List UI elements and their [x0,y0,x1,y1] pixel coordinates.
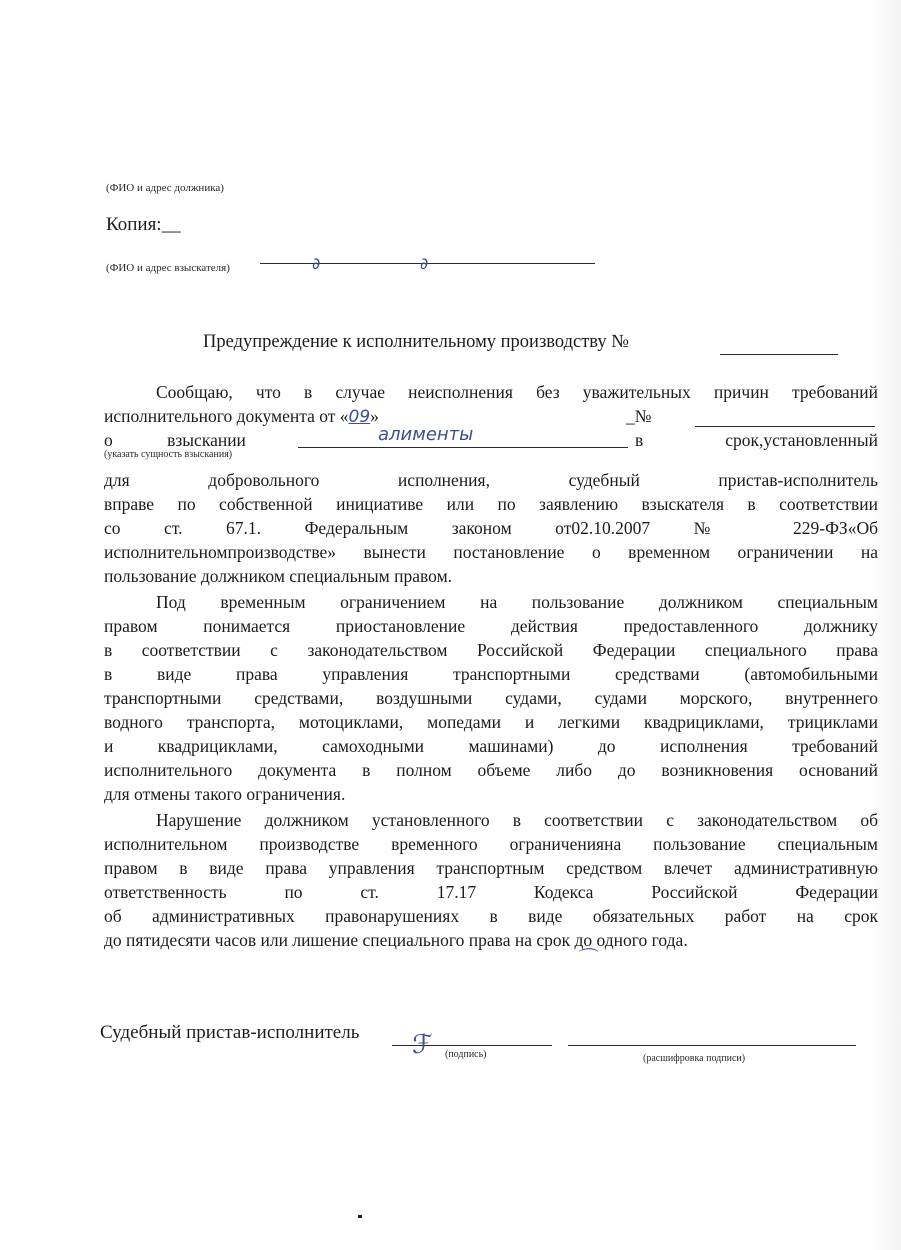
term-label: срок,установленный [725,428,878,452]
document-number-label: _№ [626,404,651,428]
debtor-label: (ФИО и адрес должника) [106,182,224,194]
paragraph1-line: исполнительномпроизводстве» вынести пост… [104,540,878,564]
paragraph3-line: исполнительном производстве временного о… [104,832,878,856]
paragraph2-line: правом понимается приостановление действ… [104,614,878,638]
handwritten-flourish: ⌒ [575,942,595,971]
creditor-label: (ФИО и адрес взыскателя) [106,262,230,274]
collection-line [298,447,628,448]
paragraph2-line: водного транспорта, мотоциклами, мопедам… [104,710,878,734]
paragraph1-line: вправе по собственной инициативе или по … [104,492,878,516]
creditor-handwriting-mark-2: ∂ [420,254,428,273]
paragraph3-line: об административных правонарушениях в ви… [104,904,878,928]
scan-speck [358,1215,362,1218]
signature-label: (подпись) [445,1049,487,1060]
paragraph2-line: в виде права управления транспортными ср… [104,662,878,686]
collection-hint: (указать сущность взыскания) [104,449,232,460]
signature-decoding-line [568,1045,856,1046]
paragraph3-line: до пятидесяти часов или лишение специаль… [104,928,878,952]
paragraph1-line: Сообщаю, что в случае неисполнения без у… [104,380,878,404]
paragraph2-line: Под временным ограничением на пользовани… [104,590,878,614]
document-number-line [695,426,875,427]
paragraph3-line: ответственность по ст. 17.17 Кодекса Рос… [104,880,878,904]
signature-handwritten: ℱ [412,1030,432,1060]
in-label: в [635,428,643,452]
creditor-handwriting-mark: ∂ [312,254,320,273]
paragraph2-line: в соответствии с законодательством Росси… [104,638,878,662]
paragraph3-line: Нарушение должником установленного в соо… [104,808,878,832]
collection-label: о взыскании [104,430,246,450]
paragraph1-line: для добровольного исполнения, судебный п… [104,468,878,492]
proceeding-number-line [720,354,838,355]
signatory-role: Судебный пристав-исполнитель [100,1022,359,1044]
signature-decoding-label: (расшифровка подписи) [643,1053,745,1064]
document-from-label: исполнительного документа от « [104,406,349,426]
paragraph3-line: правом в виде права управления транспорт… [104,856,878,880]
paragraph2-line: и квадрициклами, самоходными машинами) д… [104,734,878,758]
document-date-handwritten: 09 [349,407,371,427]
document-title: Предупреждение к исполнительному произво… [203,332,629,353]
collection-handwritten: алименты [378,424,473,445]
date-close-quote: » [370,406,379,426]
copy-label: Копия:__ [106,214,181,236]
paragraph1-line: со ст. 67.1. Федеральным законом от02.10… [104,516,878,540]
paragraph2-line: транспортными средствами, воздушными суд… [104,686,878,710]
paragraph1-line: пользование должником специальным правом… [104,564,878,588]
paragraph2-line: исполнительного документа в полном объем… [104,758,878,782]
paragraph2-line: для отмены такого ограничения. [104,782,878,806]
